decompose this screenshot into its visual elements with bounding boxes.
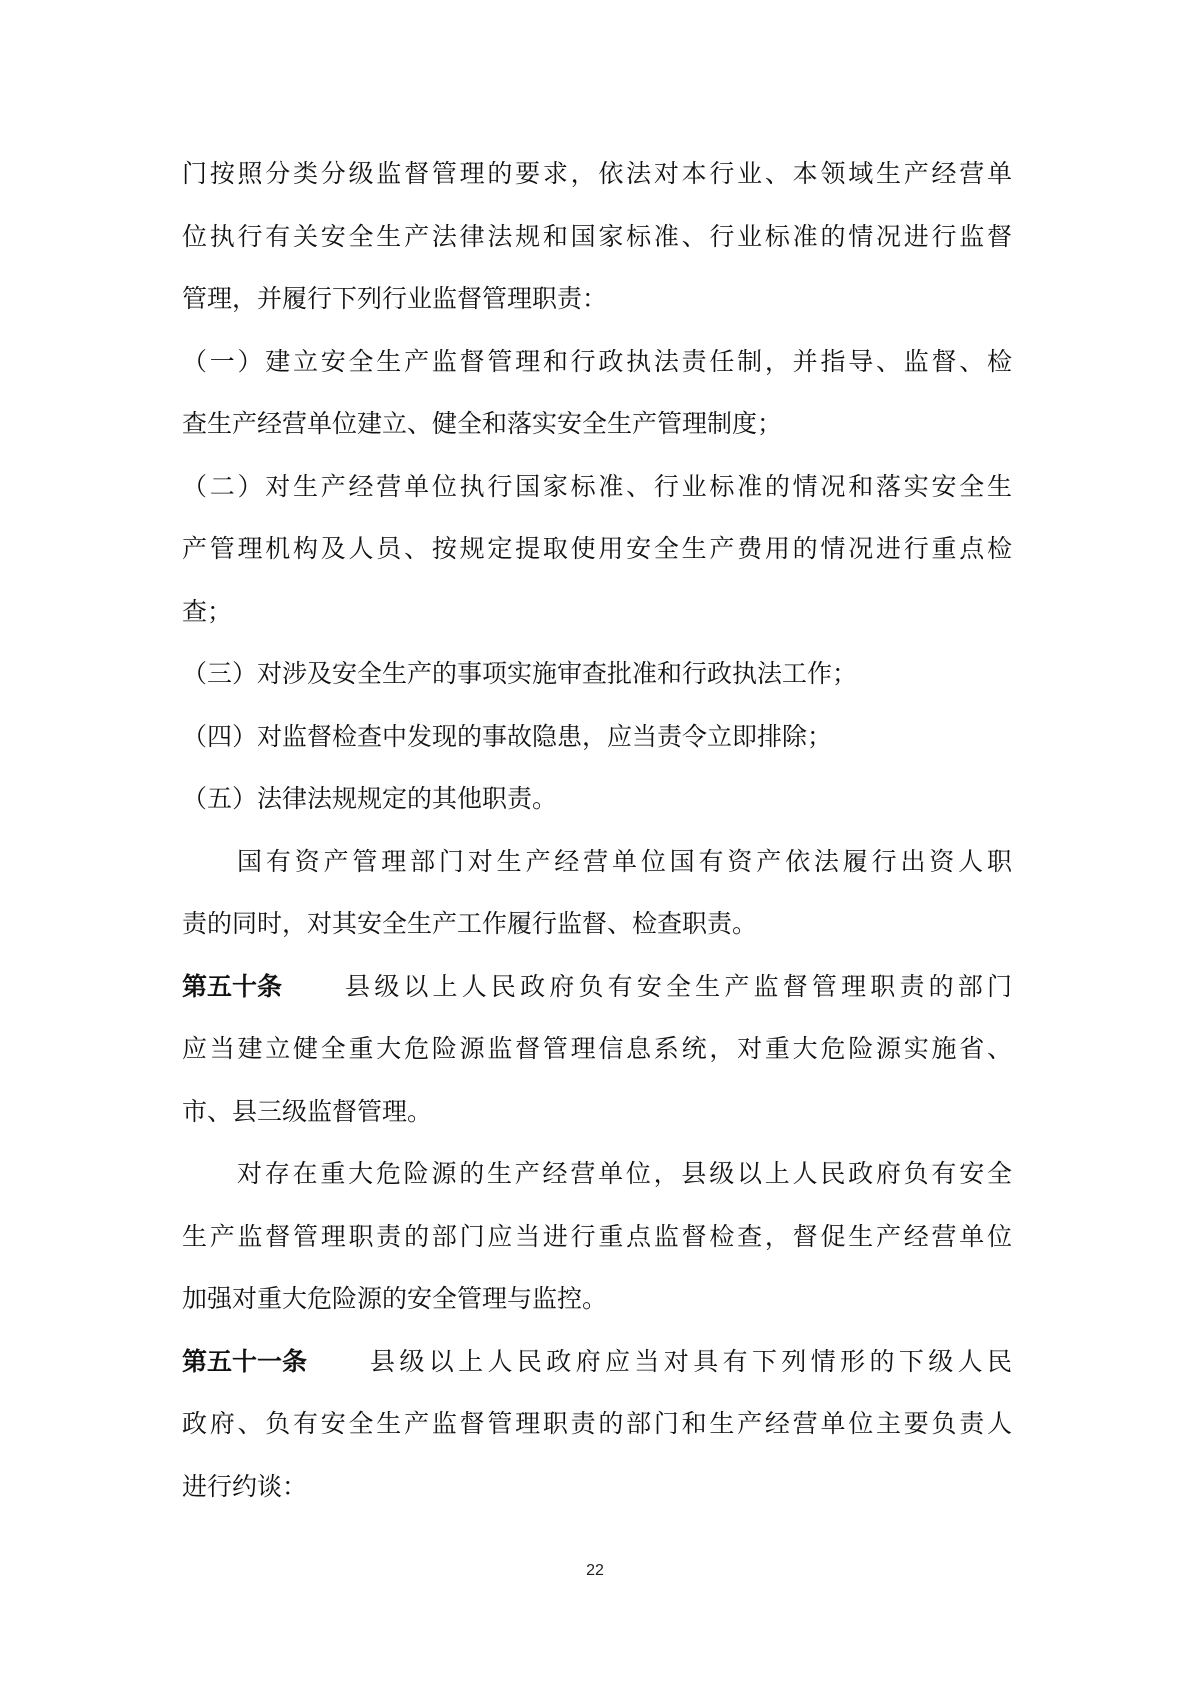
list-item-1: （一）建立安全生产监督管理和行政执法责任制，并指导、监督、检 [182, 331, 1012, 394]
text-line: 生产监督管理职责的部门应当进行重点监督检查，督促生产经营单位 [182, 1206, 1012, 1269]
document-page: 门按照分类分级监督管理的要求，依法对本行业、本领域生产经营单 位执行有关安全生产… [0, 0, 1190, 1683]
text-line: 位执行有关安全生产法律法规和国家标准、行业标准的情况进行监督 [182, 206, 1012, 269]
text-line: 进行约谈： [182, 1456, 1012, 1519]
text-line: 查； [182, 581, 1012, 644]
list-item-5: （五）法律法规规定的其他职责。 [182, 768, 1012, 831]
paragraph-first-line: 对存在重大危险源的生产经营单位，县级以上人民政府负有安全 [182, 1143, 1012, 1206]
list-item-4: （四）对监督检查中发现的事故隐患，应当责令立即排除； [182, 706, 1012, 769]
article-51-heading-line: 第五十一条 县级以上人民政府应当对具有下列情形的下级人民 [182, 1331, 1012, 1394]
text-line: 管理，并履行下列行业监督管理职责： [182, 268, 1012, 331]
text-line: 责的同时，对其安全生产工作履行监督、检查职责。 [182, 893, 1012, 956]
list-item-3: （三）对涉及安全生产的事项实施审查批准和行政执法工作； [182, 643, 1012, 706]
article-text: 县级以上人民政府应当对具有下列情形的下级人民 [370, 1331, 1012, 1394]
text-line: 应当建立健全重大危险源监督管理信息系统，对重大危险源实施省、 [182, 1018, 1012, 1081]
list-item-2: （二）对生产经营单位执行国家标准、行业标准的情况和落实安全生 [182, 456, 1012, 519]
text-line: 门按照分类分级监督管理的要求，依法对本行业、本领域生产经营单 [182, 143, 1012, 206]
text-line: 产管理机构及人员、按规定提取使用安全生产费用的情况进行重点检 [182, 518, 1012, 581]
paragraph-first-line: 国有资产管理部门对生产经营单位国有资产依法履行出资人职 [182, 831, 1012, 894]
article-text: 县级以上人民政府负有安全生产监督管理职责的部门 [345, 956, 1012, 1019]
article-gap [307, 1331, 370, 1394]
article-gap [282, 956, 345, 1019]
document-body: 门按照分类分级监督管理的要求，依法对本行业、本领域生产经营单 位执行有关安全生产… [182, 143, 1012, 1518]
text-line: 市、县三级监督管理。 [182, 1081, 1012, 1144]
text-line: 加强对重大危险源的安全管理与监控。 [182, 1268, 1012, 1331]
article-label: 第五十条 [182, 956, 282, 1019]
page-number: 22 [0, 1562, 1190, 1580]
text-line: 查生产经营单位建立、健全和落实安全生产管理制度； [182, 393, 1012, 456]
article-label: 第五十一条 [182, 1331, 307, 1394]
text-line: 政府、负有安全生产监督管理职责的部门和生产经营单位主要负责人 [182, 1393, 1012, 1456]
article-50-heading-line: 第五十条 县级以上人民政府负有安全生产监督管理职责的部门 [182, 956, 1012, 1019]
